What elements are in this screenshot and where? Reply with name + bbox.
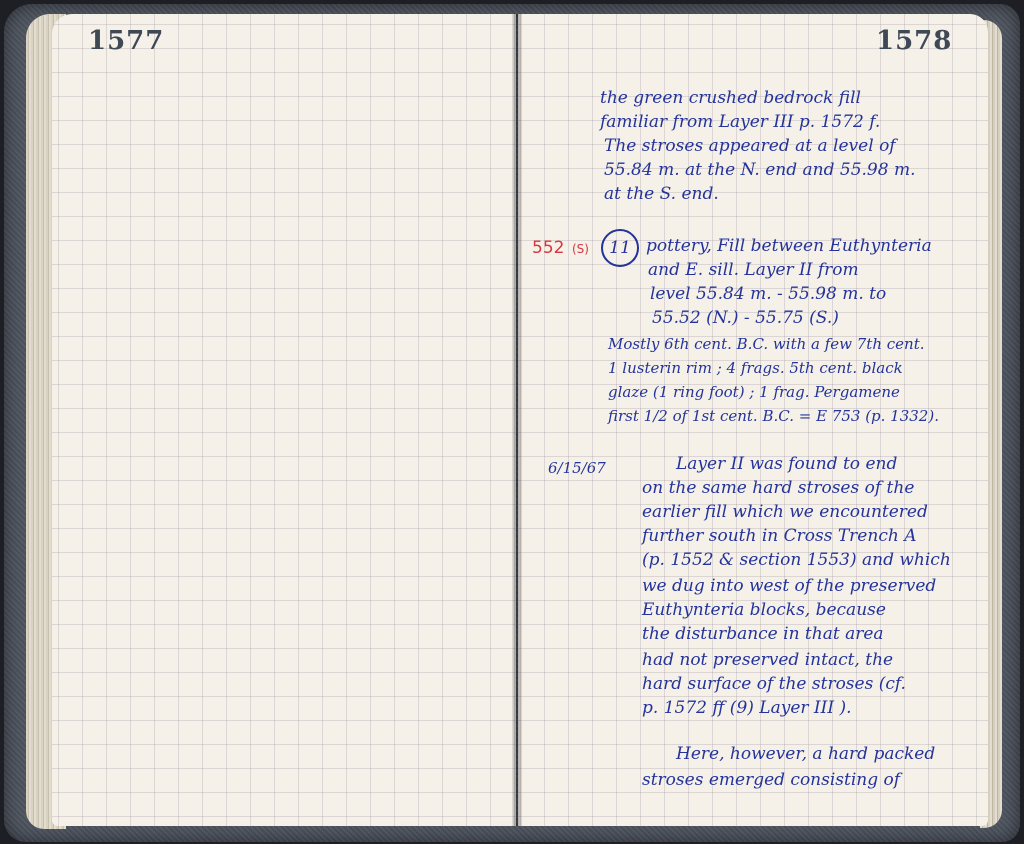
entry-date: 6/15/67 (548, 456, 606, 480)
note-line: hard surface of the stroses (cf. (642, 672, 906, 696)
note-line: familiar from Layer III p. 1572 f. (600, 110, 880, 134)
note-line: earlier fill which we encountered (642, 500, 928, 524)
note-line: and E. sill. Layer II from (648, 258, 859, 282)
entry-number-suffix: (S) (572, 237, 589, 261)
note-line: Mostly 6th cent. B.C. with a few 7th cen… (608, 332, 925, 356)
note-line: 1 lusterin rim ; 4 frags. 5th cent. blac… (608, 356, 903, 380)
note-line: The stroses appeared at a level of (604, 134, 896, 158)
note-line: 55.84 m. at the N. end and 55.98 m. (604, 158, 915, 182)
entry-number-red: 552 (532, 236, 564, 260)
note-line: further south in Cross Trench A (642, 524, 916, 548)
circled-item-number: 11 (601, 229, 639, 267)
book-gutter (512, 14, 522, 826)
right-page-number: 1578 (876, 26, 952, 56)
note-line: Here, however, a hard packed (676, 742, 935, 766)
left-page-number: 1577 (88, 26, 164, 56)
note-line: Euthynteria blocks, because (642, 598, 886, 622)
note-line: the green crushed bedrock fill (600, 86, 861, 110)
note-line: glaze (1 ring foot) ; 1 frag. Pergamene (608, 380, 900, 404)
note-line: p. 1572 ff (9) Layer III ). (642, 696, 852, 720)
note-line: on the same hard stroses of the (642, 476, 914, 500)
note-line: we dug into west of the preserved (642, 574, 936, 598)
note-line: Layer II was found to end (676, 452, 897, 476)
note-line: stroses emerged consisting of (642, 768, 900, 792)
note-line: level 55.84 m. - 55.98 m. to (650, 282, 886, 306)
note-line: (p. 1552 & section 1553) and which (642, 548, 951, 572)
note-line: first 1/2 of 1st cent. B.C. = E 753 (p. … (608, 404, 939, 428)
note-line: pottery, Fill between Euthynteria (646, 234, 932, 258)
left-page (52, 14, 516, 826)
note-line: at the S. end. (604, 182, 719, 206)
note-line: the disturbance in that area (642, 622, 884, 646)
note-line: had not preserved intact, the (642, 648, 893, 672)
note-line: 55.52 (N.) - 55.75 (S.) (652, 306, 839, 330)
